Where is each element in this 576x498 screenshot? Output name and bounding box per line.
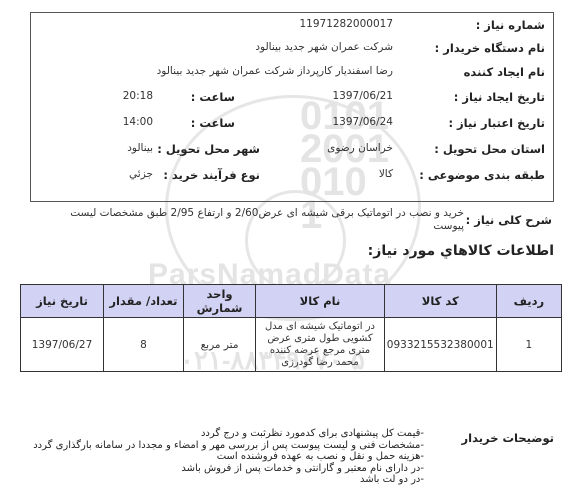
created-time-value: 20:18 [123, 85, 153, 107]
col-header-code: کد کالا [384, 285, 496, 318]
validity-time-value: 14:00 [123, 111, 153, 133]
buyer-note-line: -مشخصات فنی و لیست پیوست پس از بررسی مهر… [33, 440, 424, 452]
col-header-unit: واحد شمارش [183, 285, 255, 318]
validity-time-label: ساعت : [191, 112, 235, 134]
table-row: 1 0933215532380001 در اتوماتیک شیشه ای م… [21, 318, 562, 372]
general-description-line1: خرید و نصب در اتوماتیک برقی شیشه ای عرض2… [70, 207, 464, 219]
buyer-note-line: -در دارای نام معتبر و گارانتی و خدمات پس… [33, 463, 424, 475]
delivery-city-label: شهر محل تحویل : [157, 138, 260, 160]
category-value: کالا [379, 163, 393, 185]
delivery-province-value: خراسان رضوی [327, 137, 393, 159]
buyer-org-label: نام دستگاه خریدار : [435, 37, 545, 59]
created-date-value: 1397/06/21 [332, 85, 393, 107]
creator-value: رضا اسفندیار کارپرداز شرکت عمران شهر جدی… [157, 60, 393, 82]
purchase-process-label: نوع فرآیند خرید : [163, 164, 260, 186]
items-table-header: ردیف کد کالا نام کالا واحد شمارش تعداد/ … [21, 285, 562, 318]
buyer-notes: -قیمت کل پیشنهادی برای کدمورد نظرثبت و د… [33, 428, 424, 486]
delivery-province-label: استان محل تحویل : [434, 138, 545, 160]
need-info-box: شماره نیاز : 11971282000017 نام دستگاه خ… [30, 12, 554, 202]
need-number-label: شماره نیاز : [476, 14, 545, 36]
validity-date-label: تاریخ اعتبار نیاز : [448, 112, 545, 134]
buyer-note-line: -هزینه حمل و نقل و نصب به عهده فروشنده ا… [33, 451, 424, 463]
cell-index: 1 [496, 318, 561, 372]
buyer-note-line: -در دو لت باشد [33, 474, 424, 486]
creator-label: نام ایجاد کننده [464, 61, 545, 83]
buyer-note-line: -قیمت کل پیشنهادی برای کدمورد نظرثبت و د… [33, 428, 424, 440]
cell-need-date: 1397/06/27 [21, 318, 104, 372]
items-section-title: اطلاعات کالاهاي مورد نیاز: [368, 243, 554, 259]
purchase-process-value: جزئي [129, 163, 153, 185]
col-header-need-date: تاریخ نیاز [21, 285, 104, 318]
created-date-label: تاریخ ایجاد نیاز : [454, 86, 545, 108]
buyer-notes-label: توضیحات خریدار [462, 431, 554, 445]
col-header-index: ردیف [496, 285, 561, 318]
cell-unit: متر مربع [183, 318, 255, 372]
cell-name: در اتوماتیک شیشه ای مدل کشویی طول متری ع… [256, 318, 385, 372]
buyer-org-value: شرکت عمران شهر جدید بینالود [255, 36, 393, 58]
delivery-city-value: بینالود [127, 137, 153, 159]
need-number-value: 11971282000017 [299, 13, 393, 35]
created-time-label: ساعت : [191, 86, 235, 108]
category-label: طبقه بندی موضوعی : [419, 164, 545, 186]
watermark-logo-inner [245, 190, 346, 291]
general-description-label: شرح کلی نیاز : [466, 213, 552, 227]
col-header-name: نام کالا [256, 285, 385, 318]
validity-date-value: 1397/06/24 [332, 111, 393, 133]
col-header-quantity: تعداد/ مقدار [104, 285, 184, 318]
cell-quantity: 8 [104, 318, 184, 372]
cell-code: 0933215532380001 [384, 318, 496, 372]
items-table: ردیف کد کالا نام کالا واحد شمارش تعداد/ … [20, 284, 562, 372]
general-description-line2: پیوست [433, 220, 464, 232]
